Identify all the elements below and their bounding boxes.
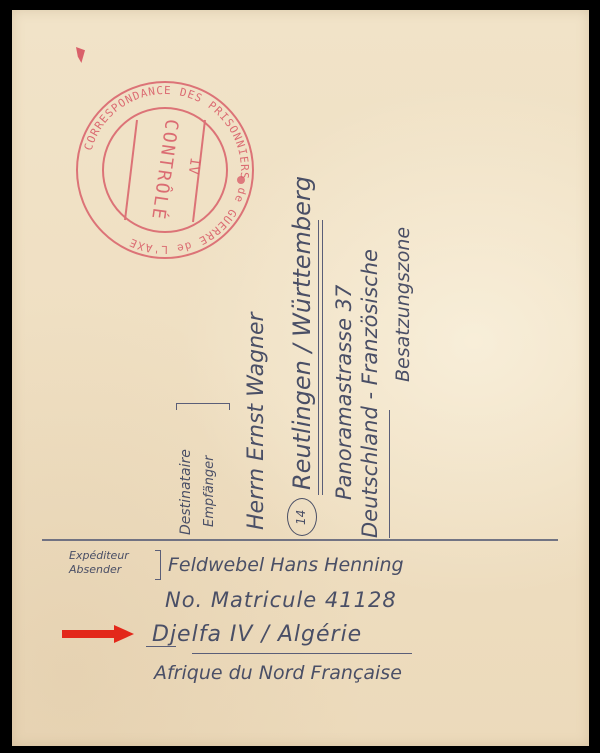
stamp-numeral: IV (185, 157, 203, 176)
city-underline (318, 220, 319, 495)
camp-underline-a (146, 646, 176, 647)
recipient-label-fr: Destinataire (178, 449, 194, 535)
stamp-center-text: CONTRÔLÉ (147, 118, 183, 223)
address-divider (42, 539, 558, 541)
recipient-name: Herrn Ernst Wagner (244, 312, 269, 530)
right-arrow-icon (62, 625, 136, 643)
sender-region: Afrique du Nord Française (154, 662, 402, 684)
recipient-country: Deutschland - Französische (358, 249, 382, 538)
camp-underline-b (192, 653, 412, 654)
country-underline (389, 410, 390, 538)
sender-label-de: Absender (69, 563, 121, 577)
recipient-bracket (176, 403, 230, 410)
zone-badge-number: 14 (294, 510, 308, 525)
sender-name: Feldwebel Hans Henning (168, 554, 404, 576)
recipient-zone: Besatzungszone (392, 227, 414, 382)
sender-camp: Djelfa IV / Algérie (152, 622, 362, 647)
recipient-street: Panoramastrasse 37 (332, 285, 356, 500)
sender-bracket (155, 550, 161, 580)
sender-label-fr: Expéditeur (69, 549, 129, 563)
recipient-label-de: Empfänger (202, 455, 217, 527)
censor-stamp: CORRESPONDANCE DES PRISONNIERS de GUERRE… (75, 80, 255, 260)
sender-matricule: No. Matricule 41128 (165, 588, 397, 612)
city-underline-2 (322, 220, 323, 495)
recipient-city: Reutlingen / Württemberg (288, 176, 316, 490)
